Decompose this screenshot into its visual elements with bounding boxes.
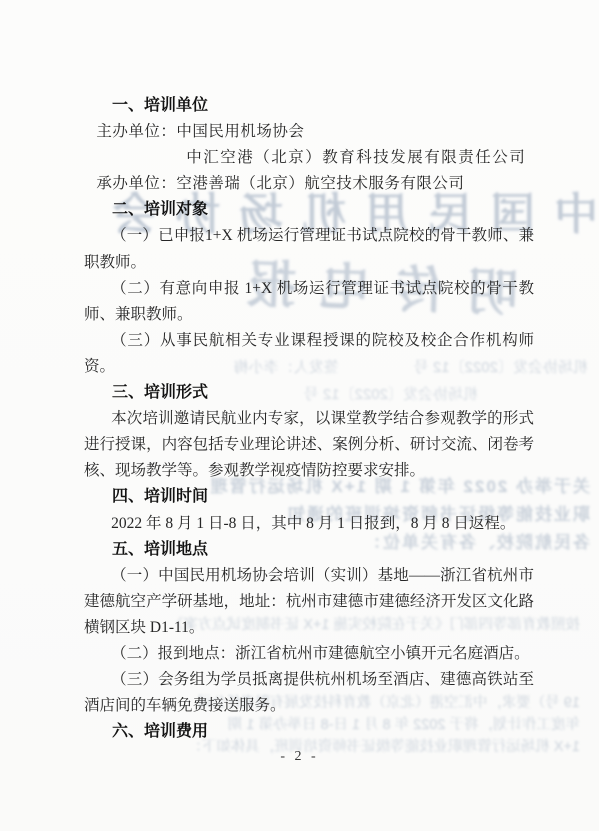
paragraph-organizer-unit: 承办单位：空港善瑞（北京）航空技术服务有限公司 [84,171,534,197]
paragraph-target-3: （三）从事民航相关专业课程授课的院校及校企合作机构师资。 [84,328,534,380]
page-number: - 2 - [0,749,599,765]
section-heading-training-location: 五、培训地点 [84,537,534,563]
paragraph-location-2: （二）报到地点：浙江省杭州市建德航空小镇开元名庭酒店。 [84,641,534,667]
document-body: 一、培训单位 主办单位：中国民用机场协会 中汇空港（北京）教育科技发展有限责任公… [84,93,534,745]
section-heading-training-targets: 二、培训对象 [84,197,534,223]
paragraph-host-unit-cont: 中汇空港（北京）教育科技发展有限责任公司 [84,145,534,171]
scanned-document-page: 中国民用机场协会 明传电报 机场协会发〔2022〕12 号 签发人：李小梅 机场… [0,0,599,831]
section-heading-training-format: 三、培训形式 [84,380,534,406]
paragraph-target-2: （二）有意向申报 1+X 机场运行管理证书试点院校的骨干教师、兼职教师。 [84,276,534,328]
paragraph-host-unit: 主办单位：中国民用机场协会 [84,119,534,145]
paragraph-format: 本次培训邀请民航业内专家，以课堂教学结合参观教学的形式进行授课，内容包括专业理论… [84,406,534,484]
paragraph-location-1: （一）中国民用机场协会培训（实训）基地——浙江省杭州市建德航空产学研基地，地址：… [84,563,534,641]
paragraph-location-3: （三）会务组为学员抵离提供杭州机场至酒店、建德高铁站至酒店间的车辆免费接送服务。 [84,667,534,719]
section-heading-training-fees: 六、培训费用 [84,719,534,745]
paragraph-time: 2022 年 8 月 1 日-8 日，其中 8 月 1 日报到，8 月 8 日返… [84,511,534,537]
section-heading-training-time: 四、培训时间 [84,484,534,510]
paragraph-target-1: （一）已申报1+X 机场运行管理证书试点院校的骨干教师、兼职教师。 [84,223,534,275]
section-heading-training-units: 一、培训单位 [84,93,534,119]
